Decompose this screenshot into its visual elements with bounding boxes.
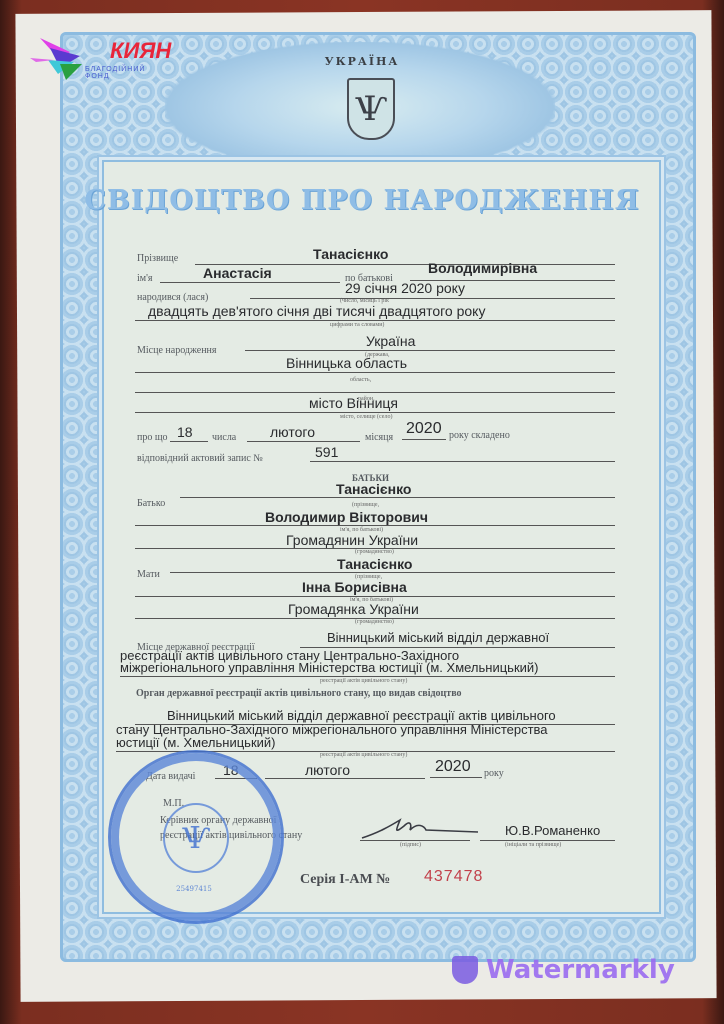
shield-icon — [452, 956, 478, 984]
underline — [402, 439, 446, 440]
logo-subtitle: БЛАГОДІЙНИЙ ФОНД — [85, 66, 170, 80]
signature-line — [360, 840, 470, 841]
birth-date-words-hint: цифрами та словами) — [330, 322, 384, 328]
underline — [135, 392, 615, 393]
underline — [250, 298, 615, 299]
stamp-code: 25497415 — [119, 885, 269, 893]
citizenship-hint: (громадянство) — [355, 619, 394, 625]
mother-name: Інна Борисівна — [302, 579, 407, 595]
signature — [360, 812, 480, 842]
citizenship-hint: (громадянство) — [355, 549, 394, 555]
trident-icon: Ѱ — [347, 78, 395, 140]
underline — [245, 350, 615, 351]
stamp-trident-icon: Ѱ — [163, 803, 229, 873]
underline — [180, 497, 615, 498]
city-hint: місто, селище (село) — [340, 414, 392, 420]
birthplace-label: Місце народження — [137, 345, 217, 356]
issuer-hint: реєстрації актів цивільного стану) — [320, 752, 407, 758]
underline — [135, 412, 615, 413]
signature-hint: (підпис) — [400, 842, 421, 848]
registration-place-hint: реєстрації актів цивільного стану) — [320, 678, 407, 684]
issue-month: лютого — [305, 762, 350, 778]
child-name: Анастасія — [203, 265, 272, 281]
father-surname: Танасієнко — [336, 481, 411, 497]
underline — [120, 676, 615, 677]
year-label: року складено — [449, 430, 510, 441]
birth-date: 29 січня 2020 року — [345, 280, 465, 296]
surname-label: Прізвище — [137, 253, 178, 264]
underline — [135, 525, 615, 526]
official-stamp: Ѱ 25497415 — [108, 750, 284, 924]
issuer-line1: Вінницький міський відділ державної реєс… — [167, 708, 556, 723]
underline — [135, 320, 615, 321]
birthplace-city: місто Вінниця — [309, 395, 398, 411]
record-month: лютого — [270, 424, 315, 440]
underline — [310, 461, 615, 462]
underline — [430, 777, 482, 778]
birth-date-words: двадцять дев'ятого січня дві тисячі двад… — [148, 303, 485, 319]
registration-place-line3: міжрегіонального управління Міністерства… — [120, 660, 539, 675]
official-name: Ю.В.Романенко — [505, 823, 600, 838]
mother-surname: Танасієнко — [337, 556, 412, 572]
record-number-label: відповідний актовий запис № — [137, 453, 263, 464]
country-heading: УКРАЇНА — [0, 55, 724, 68]
issue-year-label: року — [484, 768, 504, 779]
record-year: 2020 — [406, 420, 442, 438]
issuer-label: Орган державної реєстрації актів цивільн… — [136, 688, 462, 699]
underline — [160, 282, 340, 283]
official-hint: (ініціали та прізвище) — [505, 842, 561, 848]
serial-number: 437478 — [424, 868, 483, 886]
father-citizenship: Громадянин України — [286, 532, 418, 548]
underline — [265, 778, 425, 779]
birthplace-country: Україна — [366, 333, 415, 349]
watermark: Watermarkly — [452, 955, 675, 985]
child-patronymic: Володимирівна — [428, 260, 537, 276]
mother-citizenship: Громадянка України — [288, 601, 419, 617]
region-hint: область, — [350, 377, 371, 383]
underline — [247, 441, 360, 442]
birthplace-region: Вінницька область — [286, 355, 407, 371]
father-surname-hint: (прізвище, — [352, 502, 379, 508]
record-prefix: про що — [137, 432, 168, 443]
underline — [170, 441, 208, 442]
record-day: 18 — [177, 424, 193, 440]
document-title: СВІДОЦТВО ПРО НАРОДЖЕННЯ — [0, 185, 724, 216]
name-label: ім'я — [137, 273, 153, 284]
child-surname: Танасієнко — [313, 246, 388, 262]
day-label: числа — [212, 432, 236, 443]
issuer-line3: юстиції (м. Хмельницький) — [116, 735, 275, 750]
watermark-text: Watermarkly — [486, 955, 675, 985]
father-name: Володимир Вікторович — [265, 509, 428, 525]
record-number: 591 — [315, 444, 338, 460]
serial-label: Серія І-АМ № — [300, 872, 390, 888]
born-label: народився (лася) — [137, 292, 208, 303]
issue-year: 2020 — [435, 758, 471, 776]
month-label: місяця — [365, 432, 393, 443]
underline — [480, 840, 615, 841]
mother-label: Мати — [137, 569, 160, 580]
underline — [135, 372, 615, 373]
father-label: Батько — [137, 498, 165, 509]
underline — [170, 572, 615, 573]
registration-place-line1: Вінницький міський відділ державної — [327, 630, 549, 645]
